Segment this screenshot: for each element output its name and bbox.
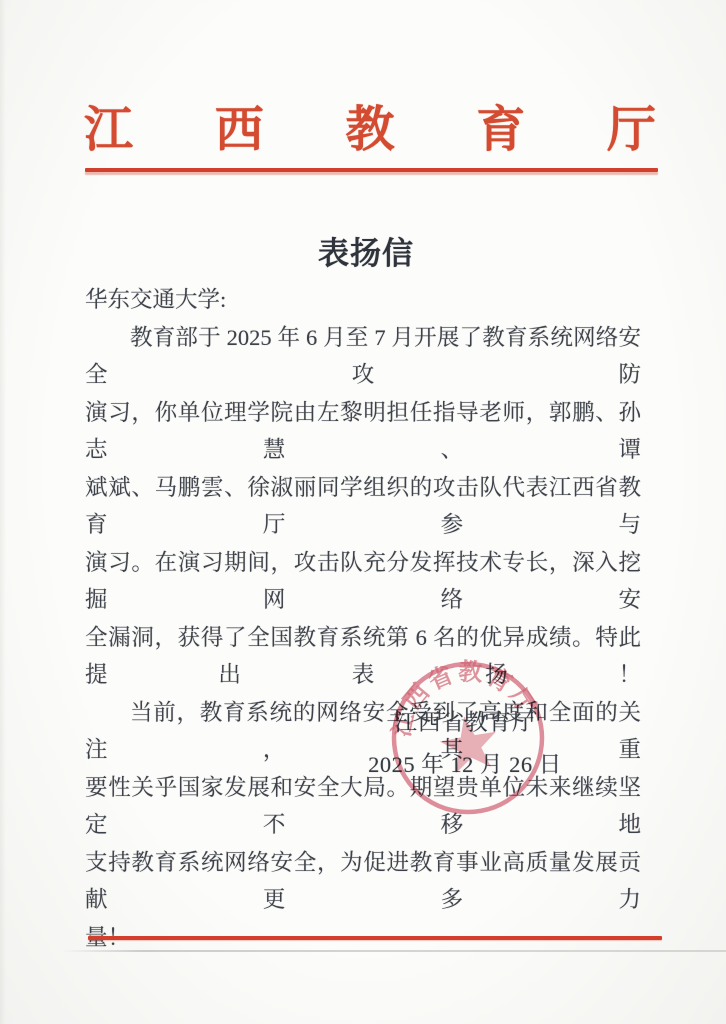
signature-organization: 江西省教育厅 [368, 708, 562, 738]
salutation: 华东交通大学: [85, 281, 641, 319]
paragraph1-line: 教育部于 2025 年 6 月至 7 月开展了教育系统网络安全攻防 [85, 319, 641, 394]
letter-title: 表扬信 [0, 228, 726, 273]
letterhead-red-rule [85, 168, 658, 172]
paragraph2-line: 支持教育系统网络安全，为促进教育事业高质量发展贡献更多力 [85, 844, 641, 919]
letterhead-char: 厅 [607, 102, 656, 158]
paragraph1-line: 演习，你单位理学院由左黎明担任指导老师，郭鹏、孙志慧、谭 [85, 394, 641, 469]
letterhead-char: 育 [476, 102, 525, 158]
signature-date: 2025 年 12 月 26 日 [368, 750, 562, 780]
letter-page: 江 西 教 育 厅 表扬信 华东交通大学: 教育部于 2025 年 6 月至 7… [0, 0, 726, 1024]
letter-body: 华东交通大学: 教育部于 2025 年 6 月至 7 月开展了教育系统网络安全攻… [85, 281, 641, 956]
footer-red-rule [88, 936, 662, 940]
paragraph1-line: 全漏洞，获得了全国教育系统第 6 名的优异成绩。特此提出表扬！ [85, 619, 641, 694]
letterhead-char: 教 [345, 102, 394, 158]
signature-block: 江西省教育厅 2025 年 12 月 26 日 [368, 708, 562, 780]
letterhead-char: 江 [84, 102, 133, 158]
letterhead-char: 西 [215, 102, 264, 158]
paragraph1-line: 演习。在演习期间，攻击队充分发挥技术专长，深入挖掘网络安 [85, 544, 641, 619]
page-fold-shadow [62, 950, 726, 952]
paragraph1-line: 斌斌、马鹏雲、徐淑丽同学组织的攻击队代表江西省教育厅参与 [85, 469, 641, 544]
letterhead-agency-title: 江 西 教 育 厅 [84, 102, 656, 158]
